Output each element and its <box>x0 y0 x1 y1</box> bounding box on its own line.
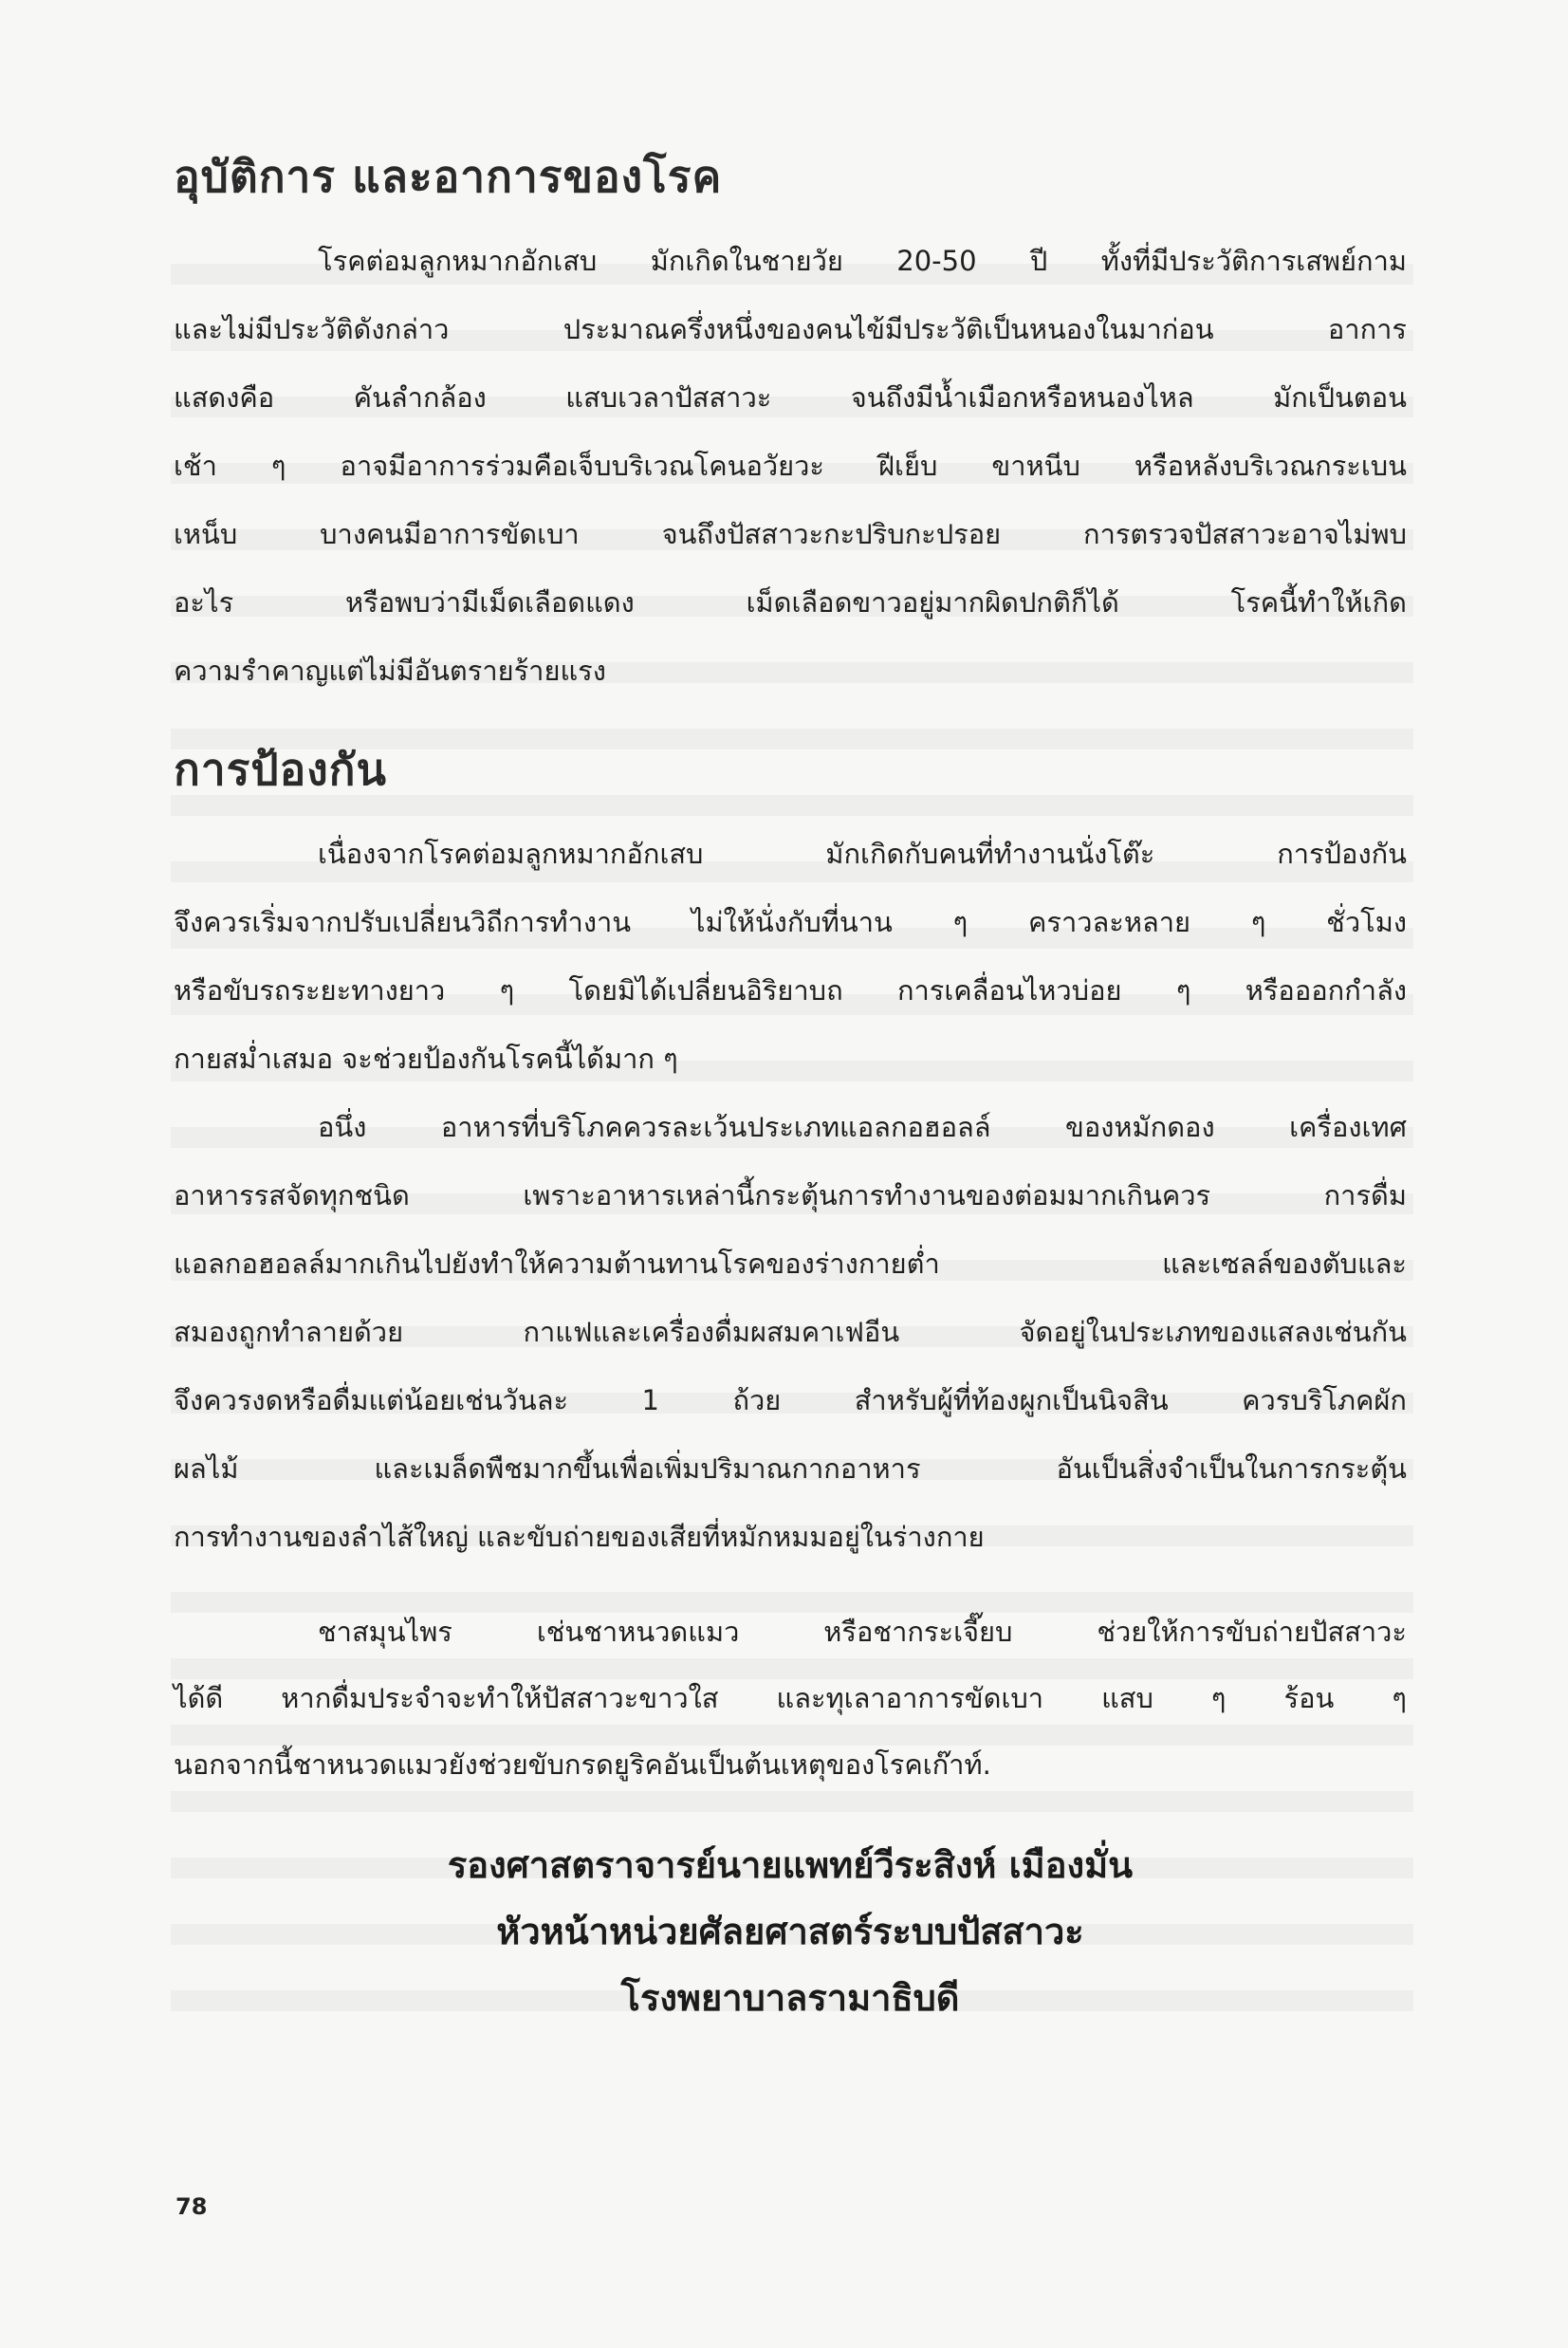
text-line: การทำงานของลำไส้ใหญ่ และขับถ่ายของเสียที… <box>174 1518 1407 1556</box>
text-line: ผลไม้ และเมล็ดพืชมากขึ้นเพื่อเพิ่มปริมาณ… <box>174 1450 1407 1488</box>
text-line: อนึ่ง อาหารที่บริโภคควรละเว้นประเภทแอลกอ… <box>318 1108 1407 1146</box>
text-line: นอกจากนี้ชาหนวดแมวยังช่วยขับกรดยูริคอันเ… <box>174 1746 1407 1784</box>
text-line: และไม่มีประวัติดังกล่าว ประมาณครึ่งหนึ่ง… <box>174 310 1407 348</box>
text-line: กายสม่ำเสมอ จะช่วยป้องกันโรคนี้ได้มาก ๆ <box>174 1040 1407 1078</box>
text-line: หรือขับรถระยะทางยาว ๆ โดยมิได้เปลี่ยนอิร… <box>174 971 1407 1009</box>
text-line: ได้ดี หากดื่มประจำจะทำให้ปัสสาวะขาวใส แล… <box>174 1679 1407 1717</box>
author-institution: โรงพยาบาลรามาธิบดี <box>174 1969 1407 2026</box>
heading-incidence-symptoms: อุบัติการ และอาการของโรค <box>174 142 722 212</box>
text-line: เหน็บ บางคนมีอาการขัดเบา จนถึงปัสสาวะกะป… <box>174 515 1407 553</box>
text-line: อาหารรสจัดทุกชนิด เพราะอาหารเหล่านี้กระต… <box>174 1176 1407 1214</box>
text-line: จึงควรเริ่มจากปรับเปลี่ยนวิถีการทำงาน ไม… <box>174 903 1407 941</box>
author-name: รองศาสตราจารย์นายแพทย์วีระสิงห์ เมืองมั่… <box>174 1836 1407 1894</box>
text-line: เช้า ๆ อาจมีอาการร่วมคือเจ็บบริเวณโคนอวั… <box>174 447 1407 485</box>
text-line: อะไร หรือพบว่ามีเม็ดเลือดแดง เม็ดเลือดขา… <box>174 583 1407 621</box>
text-line: ชาสมุนไพร เช่นชาหนวดแมว หรือชากระเจี๊ยบ … <box>318 1613 1407 1651</box>
author-position: หัวหน้าหน่วยศัลยศาสตร์ระบบปัสสาวะ <box>174 1902 1407 1960</box>
text-line: โรคต่อมลูกหมากอักเสบ มักเกิดในชายวัย 20-… <box>318 242 1407 280</box>
text-line: ความรำคาญแต่ไม่มีอันตรายร้ายแรง <box>174 652 1407 690</box>
page-number: 78 <box>175 2193 207 2220</box>
text-line: แอลกอฮอลล์มากเกินไปยังทำให้ความต้านทานโร… <box>174 1245 1407 1283</box>
text-line: เนื่องจากโรคต่อมลูกหมากอักเสบ มักเกิดกับ… <box>318 835 1407 873</box>
heading-prevention: การป้องกัน <box>174 735 387 804</box>
text-line: แสดงคือ คันลำกล้อง แสบเวลาปัสสาวะ จนถึงม… <box>174 379 1407 416</box>
text-line: จึงควรงดหรือดื่มแต่น้อยเช่นวันละ 1 ถ้วย … <box>174 1381 1407 1419</box>
text-line: สมองถูกทำลายด้วย กาแฟและเครื่องดื่มผสมคา… <box>174 1313 1407 1351</box>
